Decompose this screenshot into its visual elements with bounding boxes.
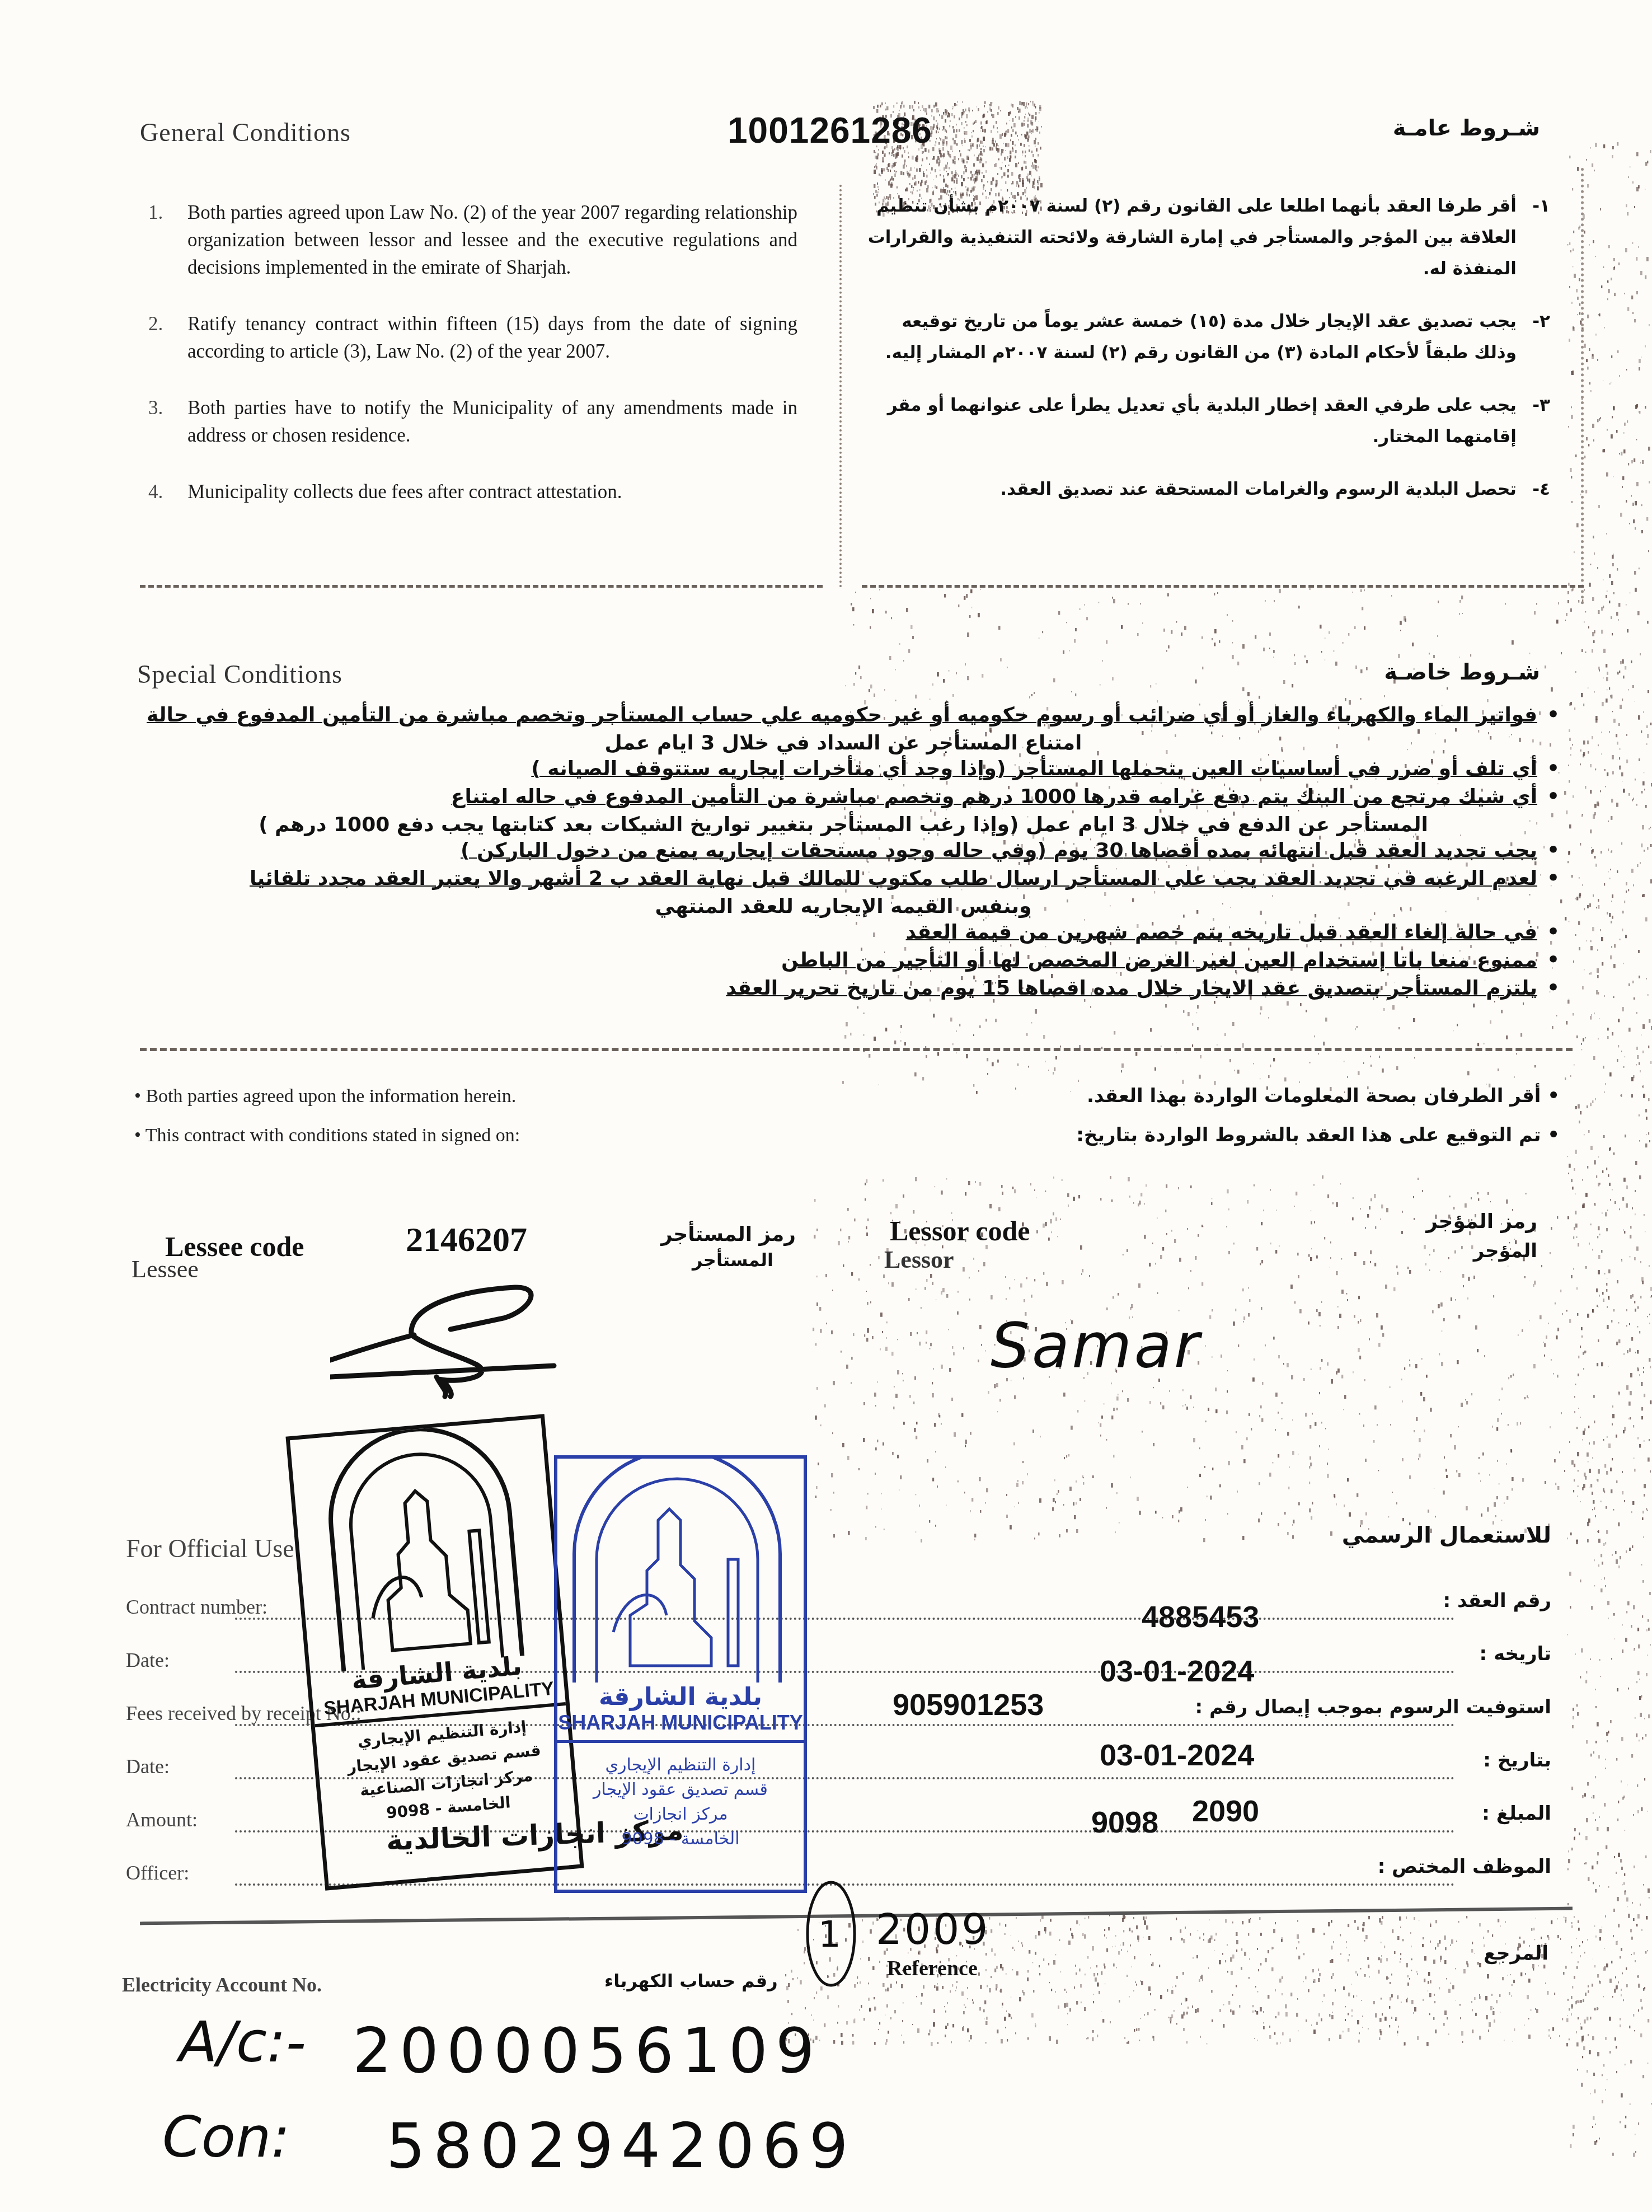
document-number: 1001261286 — [728, 110, 932, 151]
special-condition-continuation: وبنفس القيمه الإيجاريه للعقد المنتهي — [127, 894, 1560, 920]
special-condition-item: أي تلف أو ضرر في أساسيات العين يتحملها ا… — [127, 756, 1560, 782]
item-number: 1. — [148, 199, 187, 281]
reference-handwritten: 2009 — [876, 1906, 990, 1954]
official-use-title-en: For Official Use — [126, 1534, 294, 1563]
special-condition-item: لعدم الرغبه في تجديد العقد يجب علي المست… — [127, 866, 1560, 892]
official-field-value: 4885453 — [1142, 1600, 1259, 1634]
lessor-code-label: Lessor code — [890, 1215, 1030, 1247]
lessee-code-value: 2146207 — [406, 1220, 527, 1260]
item-number: ١- — [1517, 190, 1550, 284]
lessor-label-ar: المؤجر — [1473, 1240, 1537, 1262]
special-conditions-title-ar: شـروط خاصـة — [1384, 659, 1540, 685]
ack-ar-1: • أقر الطرفان بصحة المعلومات الواردة بهذ… — [1087, 1085, 1560, 1107]
ack-ar-2: • تم التوقيع على هذا العقد بالشروط الوار… — [1076, 1124, 1560, 1146]
section-divider — [862, 585, 1584, 588]
official-field-label-en: Amount: — [126, 1808, 198, 1831]
stamp-title-en: SHARJAH MUNICIPALITY — [557, 1711, 804, 1743]
item-text: أقر طرفا العقد بأنهما اطلعا على القانون … — [865, 190, 1517, 284]
item-number: 3. — [148, 394, 187, 449]
official-field-label-ar: بتاريخ : — [1483, 1749, 1551, 1772]
municipality-emblem-icon — [557, 1459, 797, 1683]
official-field-value: 2090 — [1192, 1794, 1259, 1829]
official-field-label-ar: رقم العقد : — [1443, 1590, 1552, 1612]
reference-circled-number: 1 — [818, 1914, 841, 1956]
official-field-label-ar: تاريخه : — [1480, 1643, 1551, 1665]
item-number: 2. — [148, 310, 187, 365]
general-conditions-en: 1.Both parties agreed upon Law No. (2) o… — [148, 199, 797, 535]
item-text: تحصل البلدية الرسوم والغرامات المستحقة ع… — [1000, 474, 1517, 505]
special-condition-continuation: امتناع المستأجر عن السداد في خلال 3 ايام… — [127, 730, 1560, 756]
official-field-label-ar: المبلغ : — [1482, 1802, 1551, 1825]
special-conditions-list: فواتير الماء والكهرباء والغاز أو أي ضرائ… — [127, 702, 1560, 1004]
ack-text: أقر الطرفان بصحة المعلومات الواردة بهذا … — [1087, 1085, 1541, 1107]
item-text: Ratify tenancy contract within fifteen (… — [187, 310, 797, 365]
official-field-label-en: Date: — [126, 1648, 170, 1672]
ack-en-2: • This contract with conditions stated i… — [134, 1125, 520, 1146]
gc-ar-item: ١-أقر طرفا العقد بأنهما اطلعا على القانو… — [865, 190, 1550, 284]
gc-en-item: 4.Municipality collects due fees after c… — [148, 478, 797, 505]
gc-en-item: 1.Both parties agreed upon Law No. (2) o… — [148, 199, 797, 281]
official-field-label-en: Officer: — [126, 1861, 189, 1885]
stamp-line: إدارة التنظيم الإيجاري — [557, 1753, 804, 1778]
general-conditions-title-en: General Conditions — [140, 118, 351, 147]
lessee-label: Lessee — [132, 1255, 199, 1283]
stamp-line: قسم تصديق عقود الإيجار — [557, 1778, 804, 1802]
item-text: Both parties have to notify the Municipa… — [187, 394, 797, 449]
official-field-label-ar: استوفيت الرسوم بموجب إيصال رقم : — [1195, 1696, 1551, 1718]
municipality-emblem-icon — [290, 1419, 556, 1675]
ack-text: This contract with conditions stated in … — [146, 1125, 520, 1146]
special-condition-continuation: المستأجر عن الدفع في خلال 3 ايام عمل (وإ… — [127, 812, 1560, 838]
gc-en-item: 3.Both parties have to notify the Munici… — [148, 394, 797, 449]
special-condition-item: في حالة إلغاء العقد قبل تاريخه يتم خصم ش… — [127, 920, 1560, 945]
lessor-signature: Samar — [991, 1310, 1202, 1381]
official-field-label-en: Date: — [126, 1755, 170, 1778]
lessor-label: Lessor — [884, 1245, 954, 1274]
handwritten-connection-prefix: Con: — [162, 2105, 290, 2170]
official-field-label-ar: الموظف المختص : — [1378, 1855, 1551, 1878]
reference-label-en: Reference — [887, 1956, 978, 1981]
lessee-signature — [330, 1282, 588, 1410]
reference-label-ar: المرجع — [1484, 1942, 1548, 1965]
special-condition-item: يجب تجديد العقد قبل انتهائه بمده أقصاها … — [127, 838, 1560, 864]
official-field-value: 905901253 — [893, 1688, 1044, 1722]
official-use-title-ar: للاستعمال الرسمي — [1342, 1522, 1551, 1548]
item-number: ٤- — [1517, 474, 1550, 505]
stamp-line: الخامسة - 9098 — [557, 1827, 804, 1852]
sharjah-municipality-stamp-blue: بلدية الشارقة SHARJAH MUNICIPALITY إدارة… — [554, 1455, 807, 1893]
item-number: ٣- — [1517, 390, 1550, 452]
handwritten-account-number: 2000056109 — [353, 2015, 823, 2087]
electricity-account-label-ar: رقم حساب الكهرباء — [604, 1970, 778, 1991]
item-number: 4. — [148, 478, 187, 505]
official-field-value: 03-01-2024 — [1100, 1654, 1254, 1689]
general-conditions-title-ar: شـروط عامـة — [1393, 115, 1540, 141]
official-field-value: 03-01-2024 — [1100, 1738, 1254, 1773]
item-text: يجب على طرفي العقد إخطار البلدية بأي تعد… — [865, 390, 1517, 452]
lessee-code-label-ar: رمز المستأجر — [661, 1223, 796, 1246]
item-text: Municipality collects due fees after con… — [187, 478, 622, 505]
ack-en-1: • Both parties agreed upon the informati… — [134, 1086, 516, 1107]
special-condition-item: ممنوع منعا باتا إستخدام العين لغير الغرض… — [127, 948, 1560, 973]
item-text: Both parties agreed upon Law No. (2) of … — [187, 199, 797, 281]
ack-text: Both parties agreed upon the information… — [146, 1086, 516, 1107]
section-divider — [140, 1048, 1573, 1051]
stamp-lines: إدارة التنظيم الإيجاري قسم تصديق عقود ال… — [557, 1753, 804, 1852]
official-field-label-en: Contract number: — [126, 1595, 267, 1619]
special-condition-item: فواتير الماء والكهرباء والغاز أو أي ضرائ… — [127, 702, 1560, 728]
lessor-code-label-ar: رمز المؤجر — [1426, 1210, 1537, 1233]
electricity-account-label-en: Electricity Account No. — [122, 1973, 322, 1997]
ack-text: تم التوقيع على هذا العقد بالشروط الواردة… — [1076, 1124, 1541, 1146]
column-divider — [839, 185, 842, 588]
gc-en-item: 2.Ratify tenancy contract within fifteen… — [148, 310, 797, 365]
gc-ar-item: ٣-يجب على طرفي العقد إخطار البلدية بأي ت… — [865, 390, 1550, 452]
item-number: ٢- — [1517, 306, 1550, 368]
special-condition-item: يلتزم المستأجر بتصديق عقد الايجار خلال م… — [127, 976, 1560, 1001]
section-divider — [140, 585, 823, 588]
general-conditions-ar: ١-أقر طرفا العقد بأنهما اطلعا على القانو… — [865, 190, 1550, 526]
right-margin-divider — [1581, 168, 1584, 604]
handwritten-connection-number: 5802942069 — [386, 2110, 856, 2182]
stamp-line: مركز انجازات — [557, 1802, 804, 1827]
handwritten-account-prefix: A/c:- — [179, 2009, 306, 2075]
lessee-label-ar: المستأجر — [692, 1249, 773, 1271]
stamp-lines: إدارة التنظيم الإيجاري قسم تصديق عقود ال… — [316, 1711, 575, 1831]
stamp-title-ar: بلدية الشارقة — [557, 1683, 804, 1711]
gc-ar-item: ٤-تحصل البلدية الرسوم والغرامات المستحقة… — [865, 474, 1550, 505]
item-text: يجب تصديق عقد الإيجار خلال مدة (١٥) خمسة… — [865, 306, 1517, 368]
special-conditions-title-en: Special Conditions — [137, 659, 342, 689]
gc-ar-item: ٢-يجب تصديق عقد الإيجار خلال مدة (١٥) خم… — [865, 306, 1550, 368]
official-field-value: 9098 — [1091, 1805, 1158, 1840]
special-condition-item: أي شيك مرتجع من البنك يتم دفع غرامه قدره… — [127, 784, 1560, 810]
